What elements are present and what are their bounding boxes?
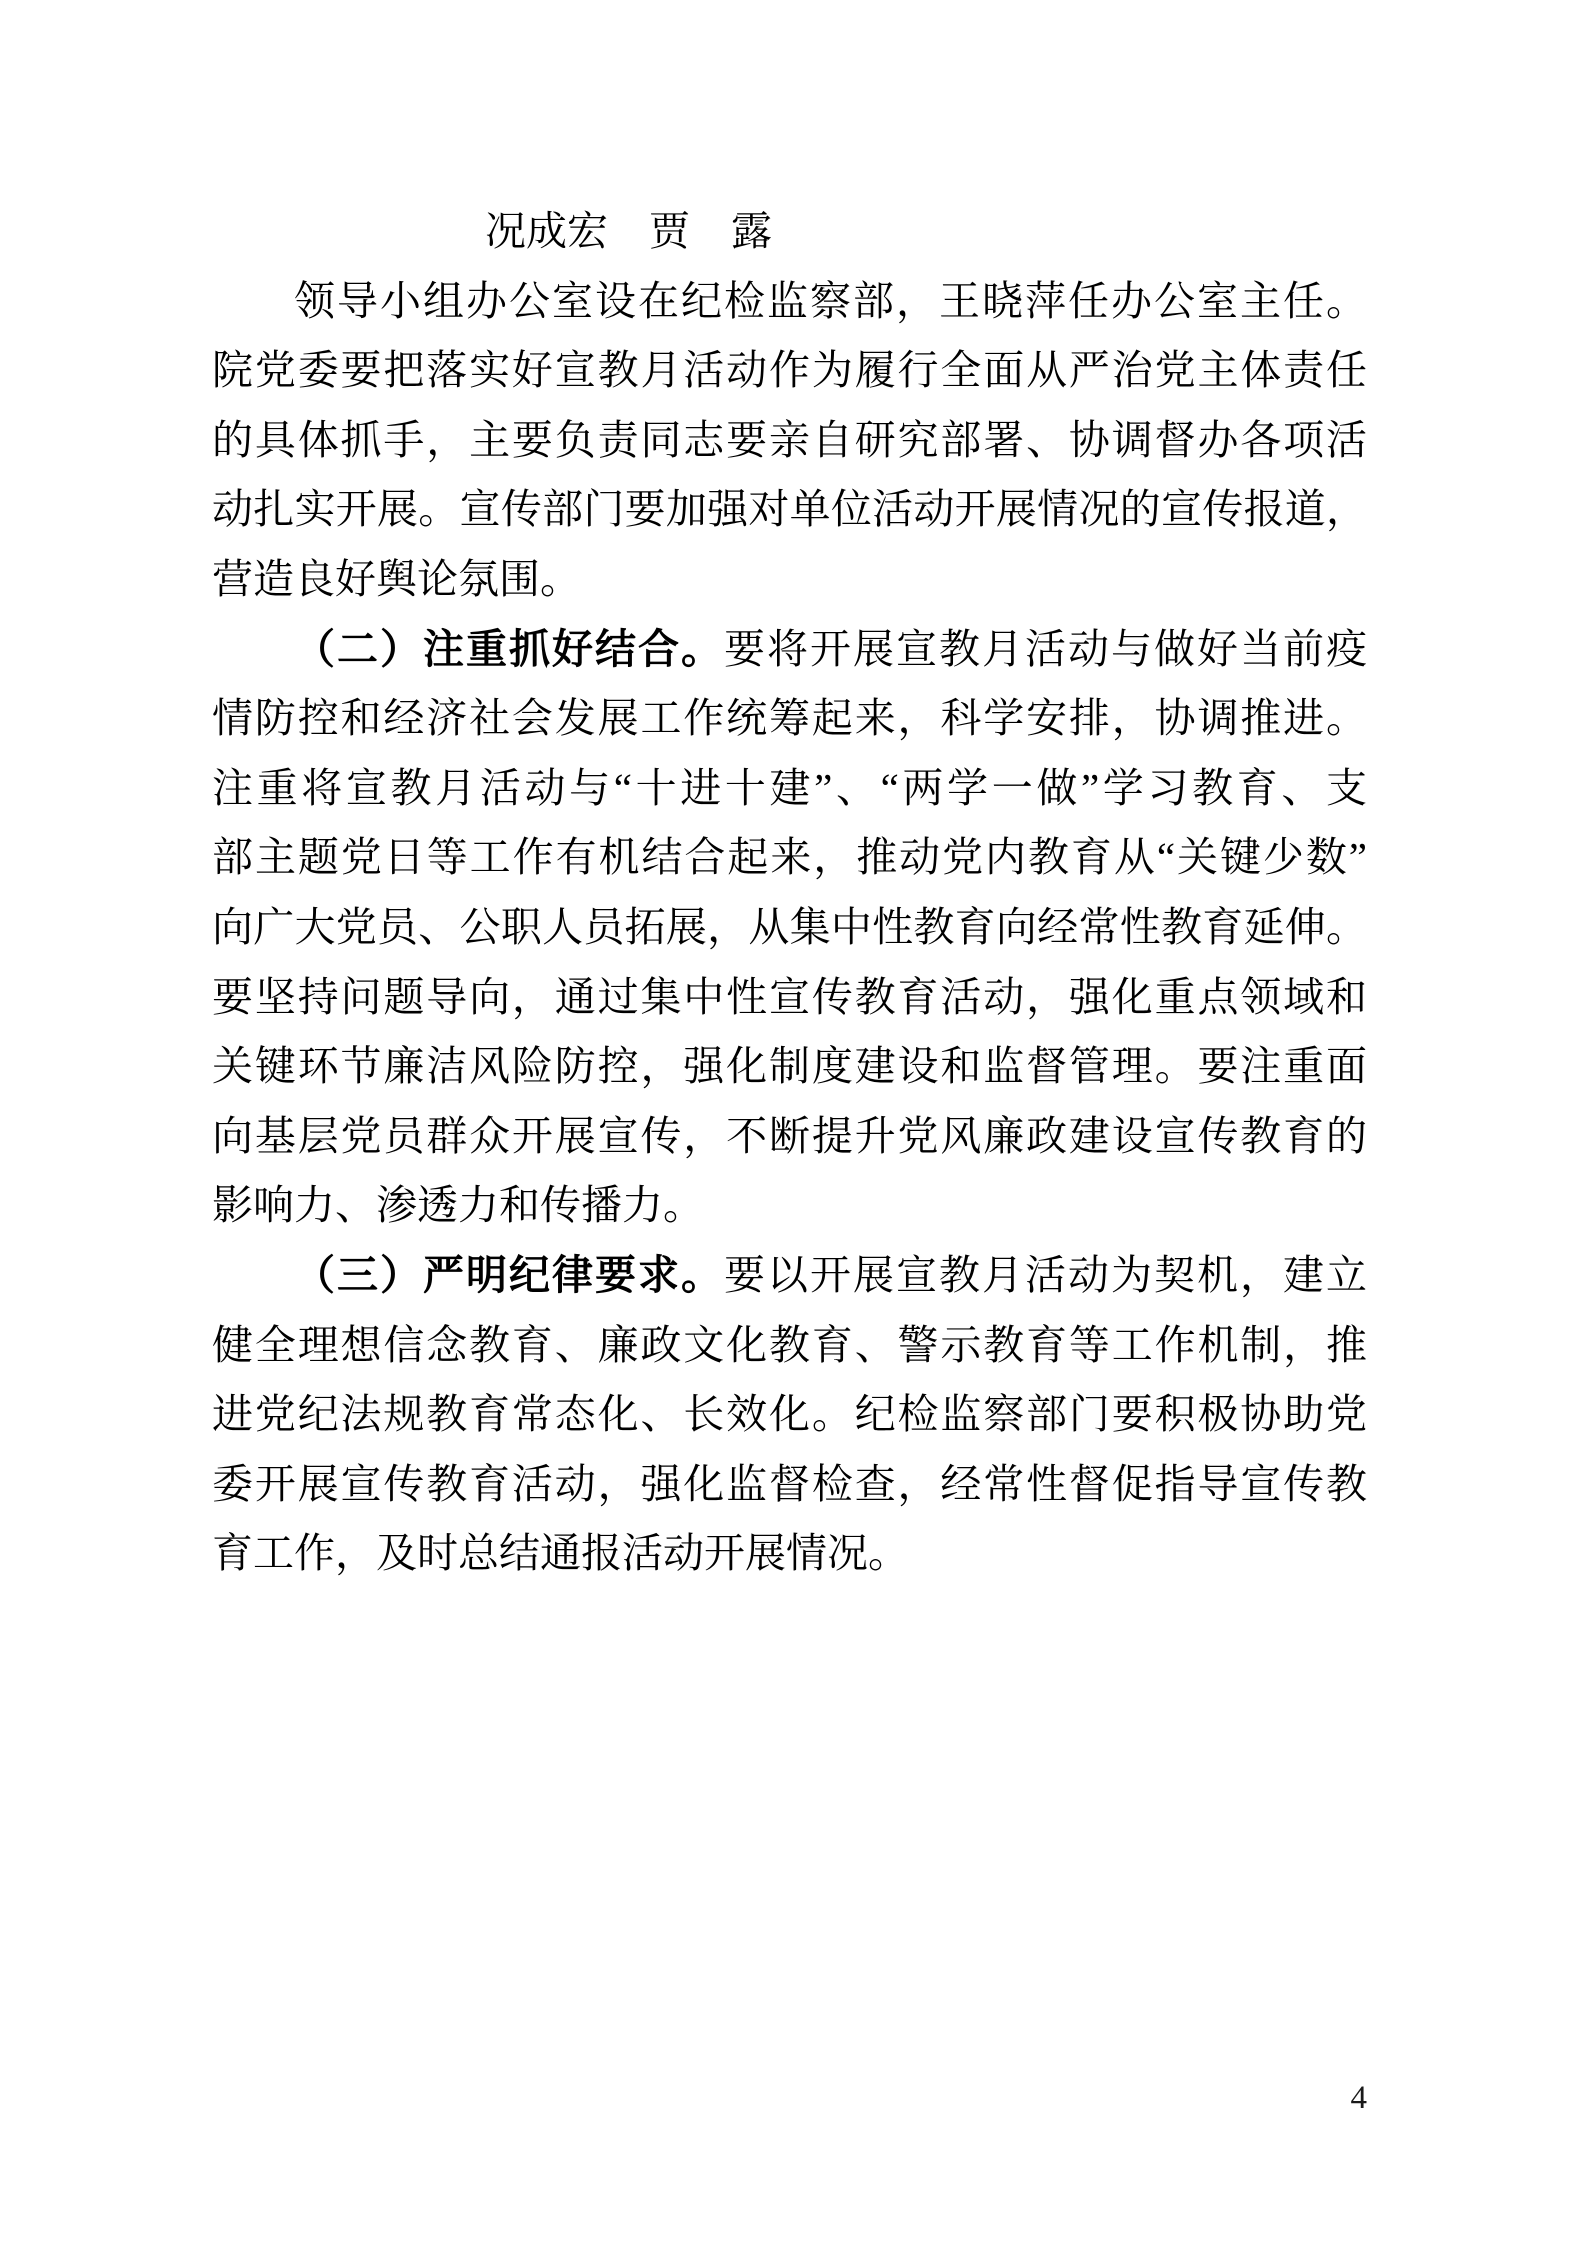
text-line: 影响力、渗透力和传播力。	[212, 1171, 1367, 1241]
text-run: 要坚持问题导向，通过集中性宣传教育活动，强化重点领域和	[212, 974, 1367, 1020]
text-run: 况成宏 贾 露	[485, 208, 772, 254]
text-run: 关键环节廉洁风险防控，强化制度建设和监督管理。要注重面	[212, 1043, 1367, 1089]
text-run: 育工作，及时总结通报活动开展情况。	[212, 1530, 909, 1576]
text-run: 进党纪法规教育常态化、长效化。纪检监察部门要积极协助党	[212, 1391, 1367, 1437]
text-line: 院党委要把落实好宣教月活动作为履行全面从严治党主体责任	[212, 336, 1367, 406]
text-line: 委开展宣传教育活动，强化监督检查，经常性督促指导宣传教	[212, 1450, 1367, 1520]
text-line: 的具体抓手，主要负责同志要亲自研究部署、协调督办各项活	[212, 406, 1367, 476]
text-line: 情防控和经济社会发展工作统筹起来，科学安排，协调推进。	[212, 684, 1367, 754]
text-run: 情防控和经济社会发展工作统筹起来，科学安排，协调推进。	[212, 695, 1367, 741]
text-line: 育工作，及时总结通报活动开展情况。	[212, 1519, 1367, 1589]
text-run: 要以开展宣教月活动为契机，建立	[724, 1252, 1367, 1298]
text-run: 领导小组办公室设在纪检监察部，王晓萍任办公室主任。	[294, 278, 1367, 324]
text-line: 注重将宣教月活动与“十进十建”、“两学一做”学习教育、支	[212, 754, 1367, 824]
text-line: 向基层党员群众开展宣传，不断提升党风廉政建设宣传教育的	[212, 1102, 1367, 1172]
text-run: 院党委要把落实好宣教月活动作为履行全面从严治党主体责任	[212, 347, 1367, 393]
text-line: 动扎实开展。宣传部门要加强对单位活动开展情况的宣传报道，	[212, 475, 1367, 545]
text-run: 注重将宣教月活动与“十进十建”、“两学一做”学习教育、支	[212, 765, 1367, 811]
text-run: 动扎实开展。宣传部门要加强对单位活动开展情况的宣传报道，	[212, 486, 1367, 532]
text-run: 的具体抓手，主要负责同志要亲自研究部署、协调督办各项活	[212, 417, 1367, 463]
document-body: 况成宏 贾 露领导小组办公室设在纪检监察部，王晓萍任办公室主任。院党委要把落实好…	[212, 197, 1367, 1589]
text-line: 进党纪法规教育常态化、长效化。纪检监察部门要积极协助党	[212, 1380, 1367, 1450]
text-line: 营造良好舆论氛围。	[212, 545, 1367, 615]
page-number: 4	[212, 2082, 1367, 2115]
text-run: 向广大党员、公职人员拓展，从集中性教育向经常性教育延伸。	[212, 904, 1367, 950]
text-line: 关键环节廉洁风险防控，强化制度建设和监督管理。要注重面	[212, 1032, 1367, 1102]
text-run: 向基层党员群众开展宣传，不断提升党风廉政建设宣传教育的	[212, 1113, 1367, 1159]
text-run: 要将开展宣教月活动与做好当前疫	[724, 626, 1367, 672]
text-line: 况成宏 贾 露	[212, 197, 1367, 267]
text-line: 向广大党员、公职人员拓展，从集中性教育向经常性教育延伸。	[212, 893, 1367, 963]
text-line: 要坚持问题导向，通过集中性宣传教育活动，强化重点领域和	[212, 963, 1367, 1033]
text-run: 营造良好舆论氛围。	[212, 556, 581, 602]
text-line: 领导小组办公室设在纪检监察部，王晓萍任办公室主任。	[212, 267, 1367, 337]
section-heading-run: （三）严明纪律要求。	[294, 1252, 724, 1298]
text-run: 健全理想信念教育、廉政文化教育、警示教育等工作机制，推	[212, 1322, 1367, 1368]
text-line: （二）注重抓好结合。要将开展宣教月活动与做好当前疫	[212, 615, 1367, 685]
text-line: （三）严明纪律要求。要以开展宣教月活动为契机，建立	[212, 1241, 1367, 1311]
section-heading-run: （二）注重抓好结合。	[294, 626, 724, 672]
text-run: 部主题党日等工作有机结合起来，推动党内教育从“关键少数”	[212, 834, 1367, 880]
text-run: 委开展宣传教育活动，强化监督检查，经常性督促指导宣传教	[212, 1461, 1367, 1507]
text-run: 影响力、渗透力和传播力。	[212, 1182, 704, 1228]
text-line: 部主题党日等工作有机结合起来，推动党内教育从“关键少数”	[212, 823, 1367, 893]
document-page: 况成宏 贾 露领导小组办公室设在纪检监察部，王晓萍任办公室主任。院党委要把落实好…	[0, 0, 1587, 2245]
text-line: 健全理想信念教育、廉政文化教育、警示教育等工作机制，推	[212, 1311, 1367, 1381]
